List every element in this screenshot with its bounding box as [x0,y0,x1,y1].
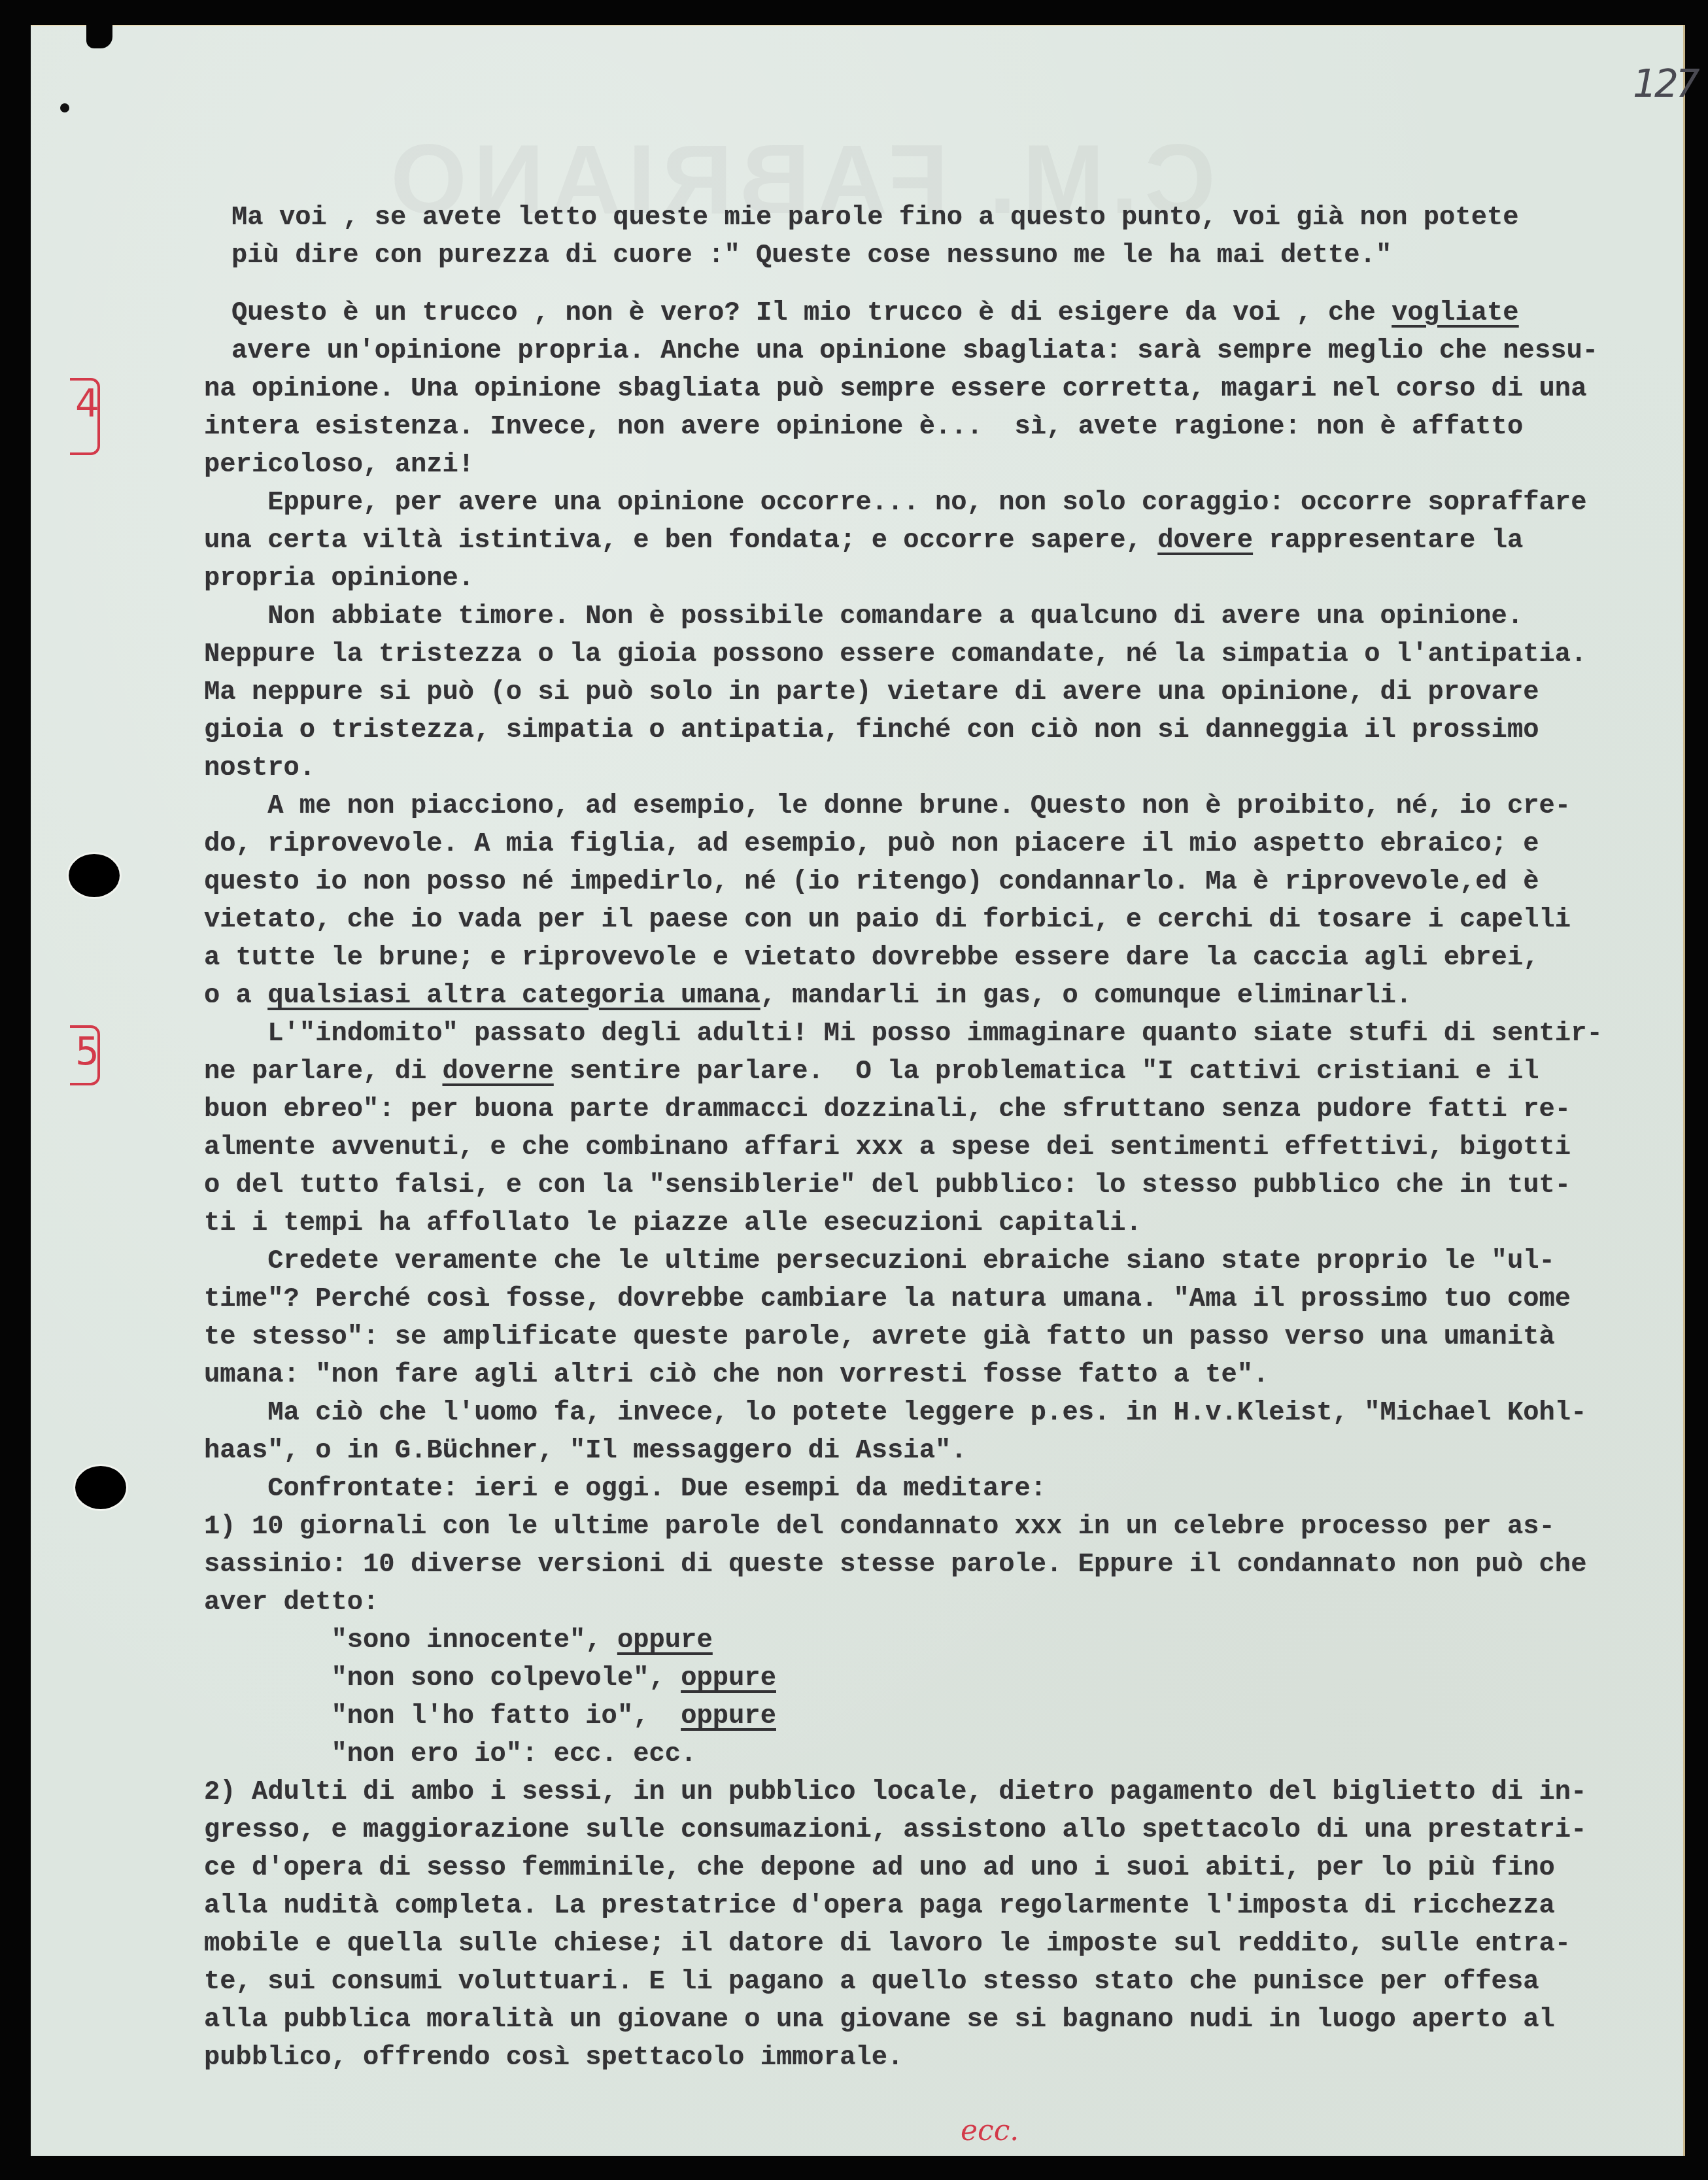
text-line: Questo è un trucco , non è vero? Il mio … [231,294,1695,332]
text-line: alla nudità completa. La prestatrice d'o… [204,1887,1695,1925]
text-line: pericoloso, anzi! [204,446,1695,484]
text-line: avere un'opinione propria. Anche una opi… [231,332,1695,370]
text-line: umana: "non fare agli altri ciò che non … [204,1356,1695,1394]
text-line: "non l'ho fatto io", oppure [204,1697,1695,1735]
text-line: Neppure la tristezza o la gioia possono … [204,636,1695,673]
text-line: a tutte le brune; e riprovevole e vietat… [204,939,1695,977]
text-line: L'"indomito" passato degli adulti! Mi po… [204,1015,1695,1053]
text-line: propria opinione. [204,560,1695,598]
torn-corner-notch [86,25,112,48]
footer-annotation: ecc. [961,2114,1019,2147]
text-line: Eppure, per avere una opinione occorre..… [204,484,1695,522]
text-line: aver detto: [204,1584,1695,1622]
punch-hole-top [69,854,120,897]
underlined-word: oppure [681,1701,776,1731]
underlined-word: dovere [1157,526,1253,556]
text-line: più dire con purezza di cuore :" Queste … [231,237,1695,275]
text-line: Credete veramente che le ultime persecuz… [204,1242,1695,1280]
text-line: na opinione. Una opinione sbagliata può … [204,370,1695,408]
text-line: ne parlare, di doverne sentire parlare. … [204,1053,1695,1091]
underlined-word: doverne [443,1057,554,1087]
text-line: gioia o tristezza, simpatia o antipatia,… [204,711,1695,749]
text-line: te stesso": se amplificate queste parole… [204,1318,1695,1356]
page-number: 127 [1633,61,1698,106]
underlined-word: oppure [617,1626,713,1656]
text-line: questo io non posso né impedirlo, né (io… [204,863,1695,901]
text-line: buon ebreo": per buona parte drammacci d… [204,1091,1695,1129]
text-line: do, riprovevole. A mia figlia, ad esempi… [204,825,1695,863]
text-line: Ma ciò che l'uomo fa, invece, lo potete … [204,1394,1695,1432]
text-line: te, sui consumi voluttuari. E li pagano … [204,1963,1695,2001]
paragraph-gap [204,275,1695,294]
punch-hole-bottom [75,1466,126,1509]
text-line: Confrontate: ieri e oggi. Due esempi da … [204,1470,1695,1508]
text-line: gresso, e maggiorazione sulle consumazio… [204,1811,1695,1849]
text-line: alla pubblica moralità un giovane o una … [204,2001,1695,2039]
text-line: o del tutto falsi, e con la "sensiblerie… [204,1167,1695,1204]
text-line: pubblico, offrendo così spettacolo immor… [204,2039,1695,2077]
text-line: 2) Adulti di ambo i sessi, in un pubblic… [204,1773,1695,1811]
text-line: Non abbiate timore. Non è possibile coma… [204,598,1695,636]
text-line: mobile e quella sulle chiese; il datore … [204,1925,1695,1963]
underlined-word: oppure [681,1663,776,1694]
text-line: intera esistenza. Invece, non avere opin… [204,408,1695,446]
document-body: Ma voi , se avete letto queste mie parol… [204,199,1695,2077]
margin-bracket-4 [70,378,100,455]
text-line: Ma neppure si può (o si può solo in part… [204,673,1695,711]
text-line: "non sono colpevole", oppure [204,1660,1695,1697]
punch-speck [60,103,69,112]
text-line: una certa viltà istintiva, e ben fondata… [204,522,1695,560]
text-line: ce d'opera di sesso femminile, che depon… [204,1849,1695,1887]
text-line: ti i tempi ha affollato le piazze alle e… [204,1204,1695,1242]
underlined-word: vogliate [1392,298,1518,328]
text-line: haas", o in G.Büchner, "Il messaggero di… [204,1432,1695,1470]
text-line: time"? Perché così fosse, dovrebbe cambi… [204,1280,1695,1318]
text-line: nostro. [204,749,1695,787]
margin-bracket-5 [70,1025,100,1085]
text-line: sassinio: 10 diverse versioni di queste … [204,1546,1695,1584]
text-line: vietato, che io vada per il paese con un… [204,901,1695,939]
underlined-word: qualsiasi altra categoria umana [267,981,760,1011]
text-line: almente avvenuti, e che combinano affari… [204,1129,1695,1167]
typewritten-page: C.M. FABRIANO 127 4 5 Ma voi , se avete … [31,25,1685,2156]
text-line: 1) 10 giornali con le ultime parole del … [204,1508,1695,1546]
text-line: "sono innocente", oppure [204,1622,1695,1660]
text-line: o a qualsiasi altra categoria umana, man… [204,977,1695,1015]
text-line: "non ero io": ecc. ecc. [204,1735,1695,1773]
text-line: A me non piacciono, ad esempio, le donne… [204,787,1695,825]
text-line: Ma voi , se avete letto queste mie parol… [231,199,1695,237]
